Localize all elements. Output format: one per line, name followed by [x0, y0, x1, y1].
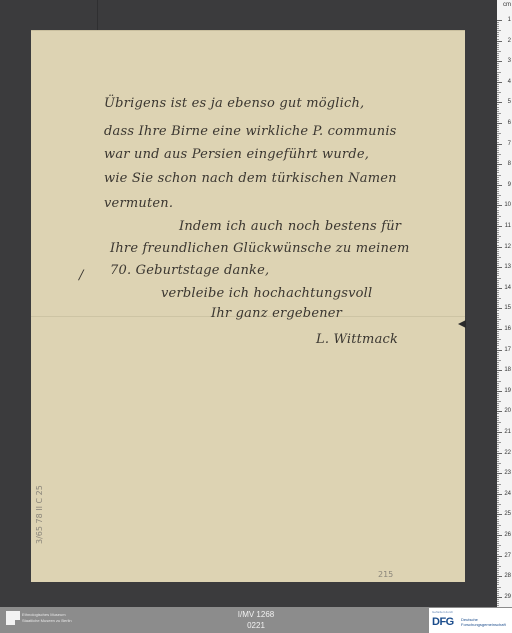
ruler-minor-tick — [497, 451, 499, 452]
ruler-minor-tick — [497, 142, 499, 143]
ruler-minor-tick — [497, 434, 499, 435]
ruler-minor-tick — [497, 587, 501, 588]
ruler-minor-tick — [497, 549, 499, 550]
ruler-minor-tick — [497, 457, 499, 458]
ruler-minor-tick — [497, 471, 499, 472]
ruler-minor-tick — [497, 156, 499, 157]
letter-page: Übrigens ist es ja ebenso gut möglich, d… — [31, 30, 465, 582]
ruler-minor-tick — [497, 323, 499, 324]
ruler-minor-tick — [497, 459, 499, 460]
ruler-minor-tick — [497, 286, 499, 287]
ruler-minor-tick — [497, 257, 501, 258]
ruler-minor-tick — [497, 397, 499, 398]
ruler-minor-tick — [497, 438, 499, 439]
ruler-minor-tick — [497, 55, 499, 56]
ruler-tick — [497, 473, 502, 474]
ruler-minor-tick — [497, 599, 499, 600]
ruler-minor-tick — [497, 430, 499, 431]
ruler-minor-tick — [497, 543, 499, 544]
signature: L. Wittmack — [316, 332, 398, 347]
ruler-minor-tick — [497, 181, 499, 182]
ruler-label: 4 — [508, 79, 511, 85]
ruler-label: 7 — [508, 141, 511, 147]
ruler-minor-tick — [497, 284, 499, 285]
ruler-minor-tick — [497, 317, 499, 318]
ruler-minor-tick — [497, 127, 499, 128]
closing-line: verbleibe ich hochachtungsvoll — [161, 286, 372, 301]
ruler-minor-tick — [497, 354, 499, 355]
ruler-minor-tick — [497, 135, 499, 136]
ruler-minor-tick — [497, 313, 499, 314]
ruler-minor-tick — [497, 381, 501, 382]
ruler-minor-tick — [497, 259, 499, 260]
ruler-minor-tick — [497, 59, 499, 60]
ruler-minor-tick — [497, 352, 499, 353]
ruler-minor-tick — [497, 249, 499, 250]
ruler-minor-tick — [497, 570, 499, 571]
ruler-minor-tick — [497, 399, 499, 400]
letter-line-8: 70. Geburtstage danke, — [110, 263, 269, 278]
dfg-org-line2: Forschungsgemeinschaft — [461, 622, 506, 627]
ruler-minor-tick — [497, 271, 499, 272]
ruler-minor-tick — [497, 479, 499, 480]
ruler-minor-tick — [497, 551, 499, 552]
ruler-tick — [497, 308, 502, 309]
ruler-minor-tick — [497, 119, 499, 120]
ruler-unit: cm — [503, 2, 511, 8]
ruler-tick — [497, 370, 502, 371]
ruler-minor-tick — [497, 356, 499, 357]
ruler-minor-tick — [497, 393, 499, 394]
ruler-minor-tick — [497, 240, 499, 241]
ruler-label: 11 — [505, 223, 511, 229]
archive-note: 3/65 78 II C 25 — [35, 485, 44, 544]
ruler-minor-tick — [497, 232, 499, 233]
ruler-minor-tick — [497, 193, 499, 194]
ruler-minor-tick — [497, 214, 499, 215]
ruler-tick — [497, 185, 502, 186]
ruler-minor-tick — [497, 162, 499, 163]
ruler-tick — [497, 102, 502, 103]
ruler-minor-tick — [497, 385, 499, 386]
ruler-minor-tick — [497, 584, 499, 585]
ruler-minor-tick — [497, 448, 499, 449]
ruler-minor-tick — [497, 265, 499, 266]
ruler-minor-tick — [497, 154, 501, 155]
ruler-minor-tick — [497, 222, 499, 223]
ruler-minor-tick — [497, 292, 499, 293]
ruler-minor-tick — [497, 183, 499, 184]
ruler-minor-tick — [497, 304, 499, 305]
ruler-minor-tick — [497, 45, 499, 46]
ruler-minor-tick — [497, 273, 499, 274]
ruler-minor-tick — [497, 212, 499, 213]
ruler-minor-tick — [497, 348, 499, 349]
ruler-minor-tick — [497, 121, 499, 122]
ruler-minor-tick — [497, 133, 501, 134]
letter-line-2: dass Ihre Birne eine wirkliche P. commun… — [104, 124, 397, 139]
ruler-label: 16 — [504, 326, 511, 332]
ruler-minor-tick — [497, 92, 501, 93]
ruler-minor-tick — [497, 72, 501, 73]
ruler-minor-tick — [497, 407, 499, 408]
ruler-minor-tick — [497, 170, 499, 171]
ruler-label: 22 — [504, 450, 511, 456]
ruler-minor-tick — [497, 516, 499, 517]
ruler-minor-tick — [497, 255, 499, 256]
ruler-label: 25 — [504, 511, 511, 517]
ruler-minor-tick — [497, 236, 501, 237]
closing-line-2: Ihr ganz ergebener — [211, 306, 342, 321]
ruler-minor-tick — [497, 296, 499, 297]
ruler-minor-tick — [497, 568, 499, 569]
ruler-tick — [497, 494, 502, 495]
letter-line-7: Ihre freundlichen Glückwünsche zu meinem — [110, 241, 410, 256]
ruler-minor-tick — [497, 96, 499, 97]
ruler-minor-tick — [497, 418, 499, 419]
ruler-minor-tick — [497, 207, 499, 208]
ruler-minor-tick — [497, 341, 499, 342]
ruler-minor-tick — [497, 582, 499, 583]
ruler-minor-tick — [497, 525, 501, 526]
ruler-minor-tick — [497, 100, 499, 101]
ruler-label: 17 — [504, 347, 511, 353]
letter-line-5: vermuten. — [104, 196, 173, 211]
ruler-minor-tick — [497, 387, 499, 388]
ruler-minor-tick — [497, 405, 499, 406]
ruler-minor-tick — [497, 605, 499, 606]
ruler-label: 18 — [504, 367, 511, 373]
ruler-minor-tick — [497, 325, 499, 326]
ruler-minor-tick — [497, 591, 499, 592]
ruler-label: 13 — [504, 264, 511, 270]
ruler-minor-tick — [497, 475, 499, 476]
page-number-pencil: 215 — [378, 570, 393, 579]
ruler-minor-tick — [497, 504, 501, 505]
ruler-minor-tick — [497, 282, 499, 283]
ruler-minor-tick — [497, 554, 499, 555]
ruler-minor-tick — [497, 109, 499, 110]
ruler-minor-tick — [497, 36, 499, 37]
ruler-minor-tick — [497, 175, 501, 176]
ruler-minor-tick — [497, 57, 499, 58]
ruler-minor-tick — [497, 189, 499, 190]
ruler-minor-tick — [497, 337, 499, 338]
ruler-minor-tick — [497, 422, 501, 423]
letter-line-4: wie Sie schon nach dem türkischen Namen — [104, 171, 397, 186]
ruler-minor-tick — [497, 477, 499, 478]
ruler-tick — [497, 267, 502, 268]
ruler-minor-tick — [497, 541, 499, 542]
ruler-minor-tick — [497, 486, 499, 487]
ruler-minor-tick — [497, 166, 499, 167]
ruler-minor-tick — [497, 562, 499, 563]
ruler-minor-tick — [497, 47, 499, 48]
dfg-mark: DFG — [432, 616, 454, 628]
ruler-tick — [497, 123, 502, 124]
ruler-minor-tick — [497, 67, 499, 68]
ruler-minor-tick — [497, 269, 499, 270]
ruler-minor-tick — [497, 300, 499, 301]
ruler-minor-tick — [497, 319, 501, 320]
ruler-minor-tick — [497, 49, 499, 50]
ruler-minor-tick — [497, 172, 499, 173]
ruler-minor-tick — [497, 409, 499, 410]
ruler-minor-tick — [497, 360, 501, 361]
dfg-org: Deutsche Forschungsgemeinschaft — [461, 617, 506, 627]
ruler-minor-tick — [497, 113, 501, 114]
ruler-minor-tick — [497, 446, 499, 447]
ruler-minor-tick — [497, 426, 499, 427]
ruler-minor-tick — [497, 578, 499, 579]
ruler-label: 6 — [508, 120, 511, 126]
ruler-minor-tick — [497, 463, 501, 464]
ruler-minor-tick — [497, 69, 499, 70]
ruler-minor-tick — [497, 168, 499, 169]
ruler-tick — [497, 411, 502, 412]
ruler-minor-tick — [497, 566, 501, 567]
ruler-minor-tick — [497, 420, 499, 421]
ruler-minor-tick — [497, 523, 499, 524]
ruler-minor-tick — [497, 580, 499, 581]
ruler-minor-tick — [497, 131, 499, 132]
ruler-minor-tick — [497, 440, 499, 441]
ruler-minor-tick — [497, 321, 499, 322]
ruler-minor-tick — [497, 593, 499, 594]
ruler-minor-tick — [497, 358, 499, 359]
ruler-minor-tick — [497, 302, 499, 303]
ruler-tick — [497, 226, 502, 227]
ruler-minor-tick — [497, 228, 499, 229]
ruler-minor-tick — [497, 467, 499, 468]
ruler-minor-tick — [497, 521, 499, 522]
letter-line-1: Übrigens ist es ja ebenso gut möglich, — [104, 96, 364, 111]
ruler-minor-tick — [497, 104, 499, 105]
ruler-minor-tick — [497, 368, 499, 369]
ruler-tick — [497, 164, 502, 165]
ruler-minor-tick — [497, 545, 501, 546]
ruler-minor-tick — [497, 484, 501, 485]
ruler-minor-tick — [497, 203, 499, 204]
ruler-tick — [497, 576, 502, 577]
ruler-minor-tick — [497, 331, 499, 332]
ruler-minor-tick — [497, 152, 499, 153]
ruler-minor-tick — [497, 191, 499, 192]
ruler-minor-tick — [497, 401, 501, 402]
ruler-minor-tick — [497, 224, 499, 225]
ruler-minor-tick — [497, 531, 499, 532]
letter-line-6: Indem ich auch noch bestens für — [179, 219, 401, 234]
ruler-minor-tick — [497, 53, 499, 54]
ruler-minor-tick — [497, 465, 499, 466]
ruler-minor-tick — [497, 51, 501, 52]
ruler-minor-tick — [497, 306, 499, 307]
ruler-minor-tick — [497, 158, 499, 159]
ruler-minor-tick — [497, 298, 501, 299]
ruler-minor-tick — [497, 278, 501, 279]
ruler-minor-tick — [497, 510, 499, 511]
ruler-minor-tick — [497, 39, 499, 40]
ruler-minor-tick — [497, 86, 499, 87]
ruler-minor-tick — [497, 461, 499, 462]
ruler-label: 12 — [504, 244, 511, 250]
ruler-label: 27 — [504, 553, 511, 559]
ruler-minor-tick — [497, 28, 499, 29]
ruler-minor-tick — [497, 366, 499, 367]
ruler-minor-tick — [497, 574, 499, 575]
margin-mark: / — [79, 268, 84, 283]
ruler-minor-tick — [497, 245, 499, 246]
ruler-minor-tick — [497, 22, 499, 23]
ruler-label: 5 — [508, 99, 511, 105]
ruler-minor-tick — [497, 32, 499, 33]
ruler-minor-tick — [497, 315, 499, 316]
ruler-minor-tick — [497, 572, 499, 573]
ruler-label: 14 — [504, 285, 511, 291]
ruler-minor-tick — [497, 310, 499, 311]
ruler-minor-tick — [497, 564, 499, 565]
ruler-label: 20 — [504, 408, 511, 414]
ruler-minor-tick — [497, 416, 499, 417]
ruler-minor-tick — [497, 519, 499, 520]
ruler-minor-tick — [497, 137, 499, 138]
ruler-tick — [497, 41, 502, 42]
ruler-label: 21 — [504, 429, 511, 435]
ruler-tick — [497, 288, 502, 289]
ruler-minor-tick — [497, 529, 499, 530]
ruler-minor-tick — [497, 76, 499, 77]
ruler-label: 24 — [504, 491, 511, 497]
ruler-tick — [497, 61, 502, 62]
ruler-minor-tick — [497, 216, 501, 217]
ruler-tick — [497, 535, 502, 536]
ruler-minor-tick — [497, 251, 499, 252]
ruler-minor-tick — [497, 117, 499, 118]
ruler-minor-tick — [497, 490, 499, 491]
ruler-minor-tick — [497, 333, 499, 334]
ruler-minor-tick — [497, 210, 499, 211]
ruler-tick — [497, 391, 502, 392]
ruler-minor-tick — [497, 84, 499, 85]
ruler-label: 9 — [508, 182, 511, 188]
ruler-minor-tick — [497, 372, 499, 373]
ruler-minor-tick — [497, 234, 499, 235]
ruler-minor-tick — [497, 63, 499, 64]
ruler-minor-tick — [497, 436, 499, 437]
ruler-minor-tick — [497, 500, 499, 501]
ruler-tick — [497, 82, 502, 83]
ruler-label: 15 — [504, 305, 511, 311]
ruler-minor-tick — [497, 238, 499, 239]
ruler-minor-tick — [497, 343, 499, 344]
ruler-minor-tick — [497, 395, 499, 396]
ruler-tick — [497, 453, 502, 454]
ruler-minor-tick — [497, 218, 499, 219]
ruler-minor-tick — [497, 496, 499, 497]
ruler-minor-tick — [497, 74, 499, 75]
ruler-minor-tick — [497, 43, 499, 44]
ruler-minor-tick — [497, 88, 499, 89]
ruler-minor-tick — [497, 492, 499, 493]
ruler-tick — [497, 247, 502, 248]
ruler-label: 26 — [504, 532, 511, 538]
ruler-minor-tick — [497, 148, 499, 149]
ruler-label: 3 — [508, 58, 511, 64]
dfg-logo: Gefördert durch DFG Deutsche Forschungsg… — [429, 608, 512, 633]
ruler-minor-tick — [497, 98, 499, 99]
ruler-minor-tick — [497, 107, 499, 108]
ruler-minor-tick — [497, 197, 499, 198]
ruler-minor-tick — [497, 187, 499, 188]
ruler-minor-tick — [497, 469, 499, 470]
ruler-minor-tick — [497, 383, 499, 384]
ruler-minor-tick — [497, 527, 499, 528]
ruler-minor-tick — [497, 533, 499, 534]
ruler-minor-tick — [497, 177, 499, 178]
ruler-tick — [497, 350, 502, 351]
ruler-minor-tick — [497, 275, 499, 276]
ruler-minor-tick — [497, 589, 499, 590]
ruler-minor-tick — [497, 263, 499, 264]
ruler-minor-tick — [497, 65, 499, 66]
ruler-label: 10 — [504, 202, 511, 208]
ruler-label: 23 — [504, 470, 511, 476]
ruler-minor-tick — [497, 378, 499, 379]
ruler-label: 19 — [504, 388, 511, 394]
ruler-minor-tick — [497, 80, 499, 81]
ruler-minor-tick — [497, 30, 501, 31]
ruler-minor-tick — [497, 424, 499, 425]
ruler-minor-tick — [497, 595, 499, 596]
ruler-minor-tick — [497, 195, 501, 196]
ruler-tick — [497, 432, 502, 433]
dfg-funded-label: Gefördert durch — [432, 610, 453, 614]
ruler-minor-tick — [497, 294, 499, 295]
ruler-minor-tick — [497, 413, 499, 414]
ruler-minor-tick — [497, 455, 499, 456]
ruler-minor-tick — [497, 508, 499, 509]
ruler-tick — [497, 205, 502, 206]
ruler-minor-tick — [497, 242, 499, 243]
ruler-minor-tick — [497, 327, 499, 328]
ruler-minor-tick — [497, 481, 499, 482]
ruler-label: 2 — [508, 38, 511, 44]
ruler-minor-tick — [497, 115, 499, 116]
ruler-minor-tick — [497, 362, 499, 363]
ruler-minor-tick — [497, 280, 499, 281]
ruler-minor-tick — [497, 506, 499, 507]
ruler-minor-tick — [497, 129, 499, 130]
ruler-minor-tick — [497, 428, 499, 429]
ruler-minor-tick — [497, 94, 499, 95]
ruler-minor-tick — [497, 389, 499, 390]
ruler-minor-tick — [497, 150, 499, 151]
ruler-minor-tick — [497, 502, 499, 503]
ruler-minor-tick — [497, 512, 499, 513]
ruler-minor-tick — [497, 199, 499, 200]
ruler-minor-tick — [497, 339, 501, 340]
ruler-tick — [497, 514, 502, 515]
ruler-minor-tick — [497, 78, 499, 79]
ruler-minor-tick — [497, 403, 499, 404]
ruler-minor-tick — [497, 253, 499, 254]
ruler-label: 29 — [504, 594, 511, 600]
scanner-seam — [97, 0, 98, 30]
ruler-minor-tick — [497, 488, 499, 489]
ruler-minor-tick — [497, 179, 499, 180]
ruler-minor-tick — [497, 335, 499, 336]
ruler-minor-tick — [497, 376, 499, 377]
